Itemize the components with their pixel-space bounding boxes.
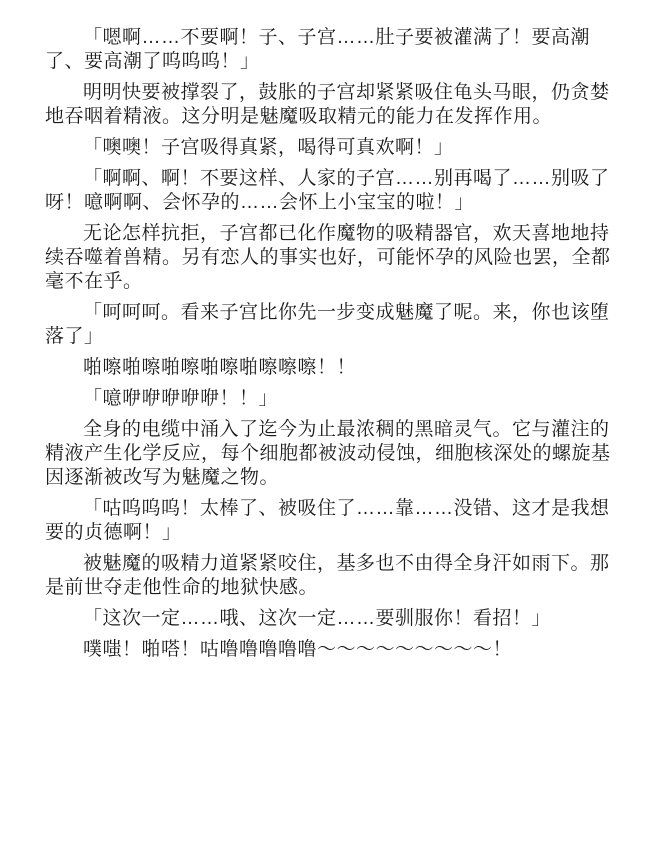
paragraph: 被魅魔的吸精力道紧紧咬住，基多也不由得全身汗如雨下。那是前世夺走他性命的地狱快感… xyxy=(45,552,617,600)
paragraph: 「啊啊、啊！不要这样、人家的子宫……别再喝了……别吸了呀！噫啊啊、会怀孕的……会… xyxy=(45,167,617,215)
paragraph: 明明快要被撑裂了，鼓胀的子宫却紧紧吸住龟头马眼，仍贪婪地吞咽着精液。这分明是魅魔… xyxy=(45,81,617,129)
paragraph: 全身的电缆中涌入了迄今为止最浓稠的黑暗灵气。它与灌注的精液产生化学反应，每个细胞… xyxy=(45,418,617,490)
paragraph: 「噫咿咿咿咿咿！！」 xyxy=(45,387,617,411)
paragraph: 噗嗤！啪嗒！咕噜噜噜噜噜～～～～～～～～～！ xyxy=(45,638,617,662)
paragraph: 啪嚓啪嚓啪嚓啪嚓啪嚓嚓嚓！！ xyxy=(45,356,617,380)
paragraph: 「这次一定……哦、这次一定……要驯服你！看招！」 xyxy=(45,607,617,631)
paragraph: 「呵呵呵。看来子宫比你先一步变成魅魔了呢。来，你也该堕落了」 xyxy=(45,301,617,349)
paragraph: 「噢噢！子宫吸得真紧，喝得可真欢啊！」 xyxy=(45,136,617,160)
text-content: 「嗯啊……不要啊！子、子宫……肚子要被灌满了！要高潮了、要高潮了呜呜呜！」明明快… xyxy=(45,26,617,669)
paragraph: 「咕呜呜呜！太棒了、被吸住了……靠……没错、这才是我想要的贞德啊！」 xyxy=(45,497,617,545)
paragraph: 无论怎样抗拒，子宫都已化作魔物的吸精器官，欢天喜地地持续吞噬着兽精。另有恋人的事… xyxy=(45,222,617,294)
novel-page: 「嗯啊……不要啊！子、子宫……肚子要被灌满了！要高潮了、要高潮了呜呜呜！」明明快… xyxy=(0,0,650,850)
paragraph: 「嗯啊……不要啊！子、子宫……肚子要被灌满了！要高潮了、要高潮了呜呜呜！」 xyxy=(45,26,617,74)
